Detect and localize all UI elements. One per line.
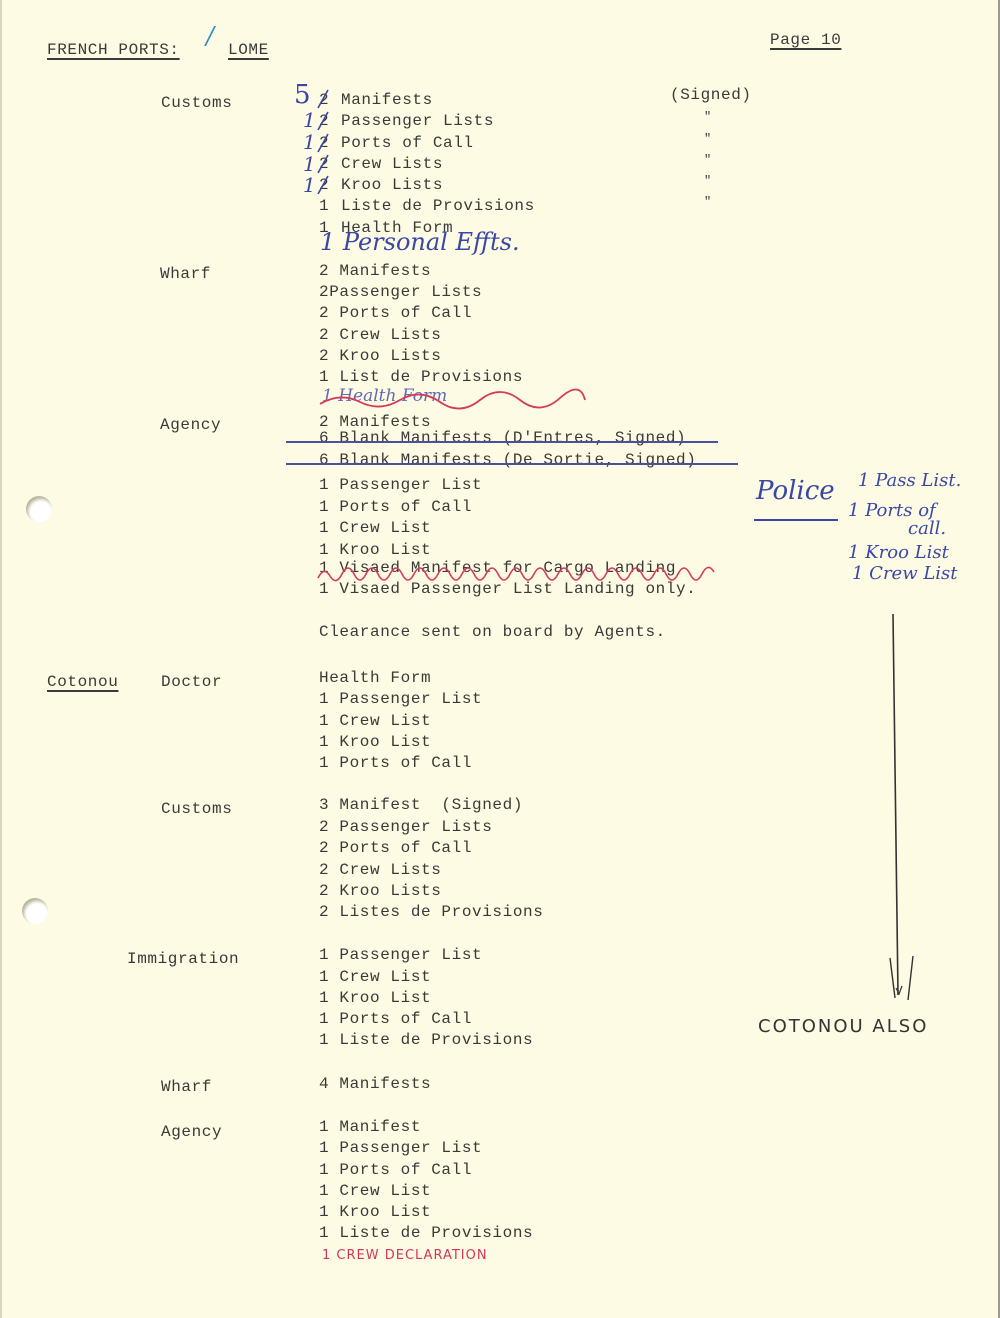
cotonou-also-note: COTONOU ALSO bbox=[758, 1016, 928, 1037]
down-arrow-icon bbox=[0, 0, 1000, 1318]
